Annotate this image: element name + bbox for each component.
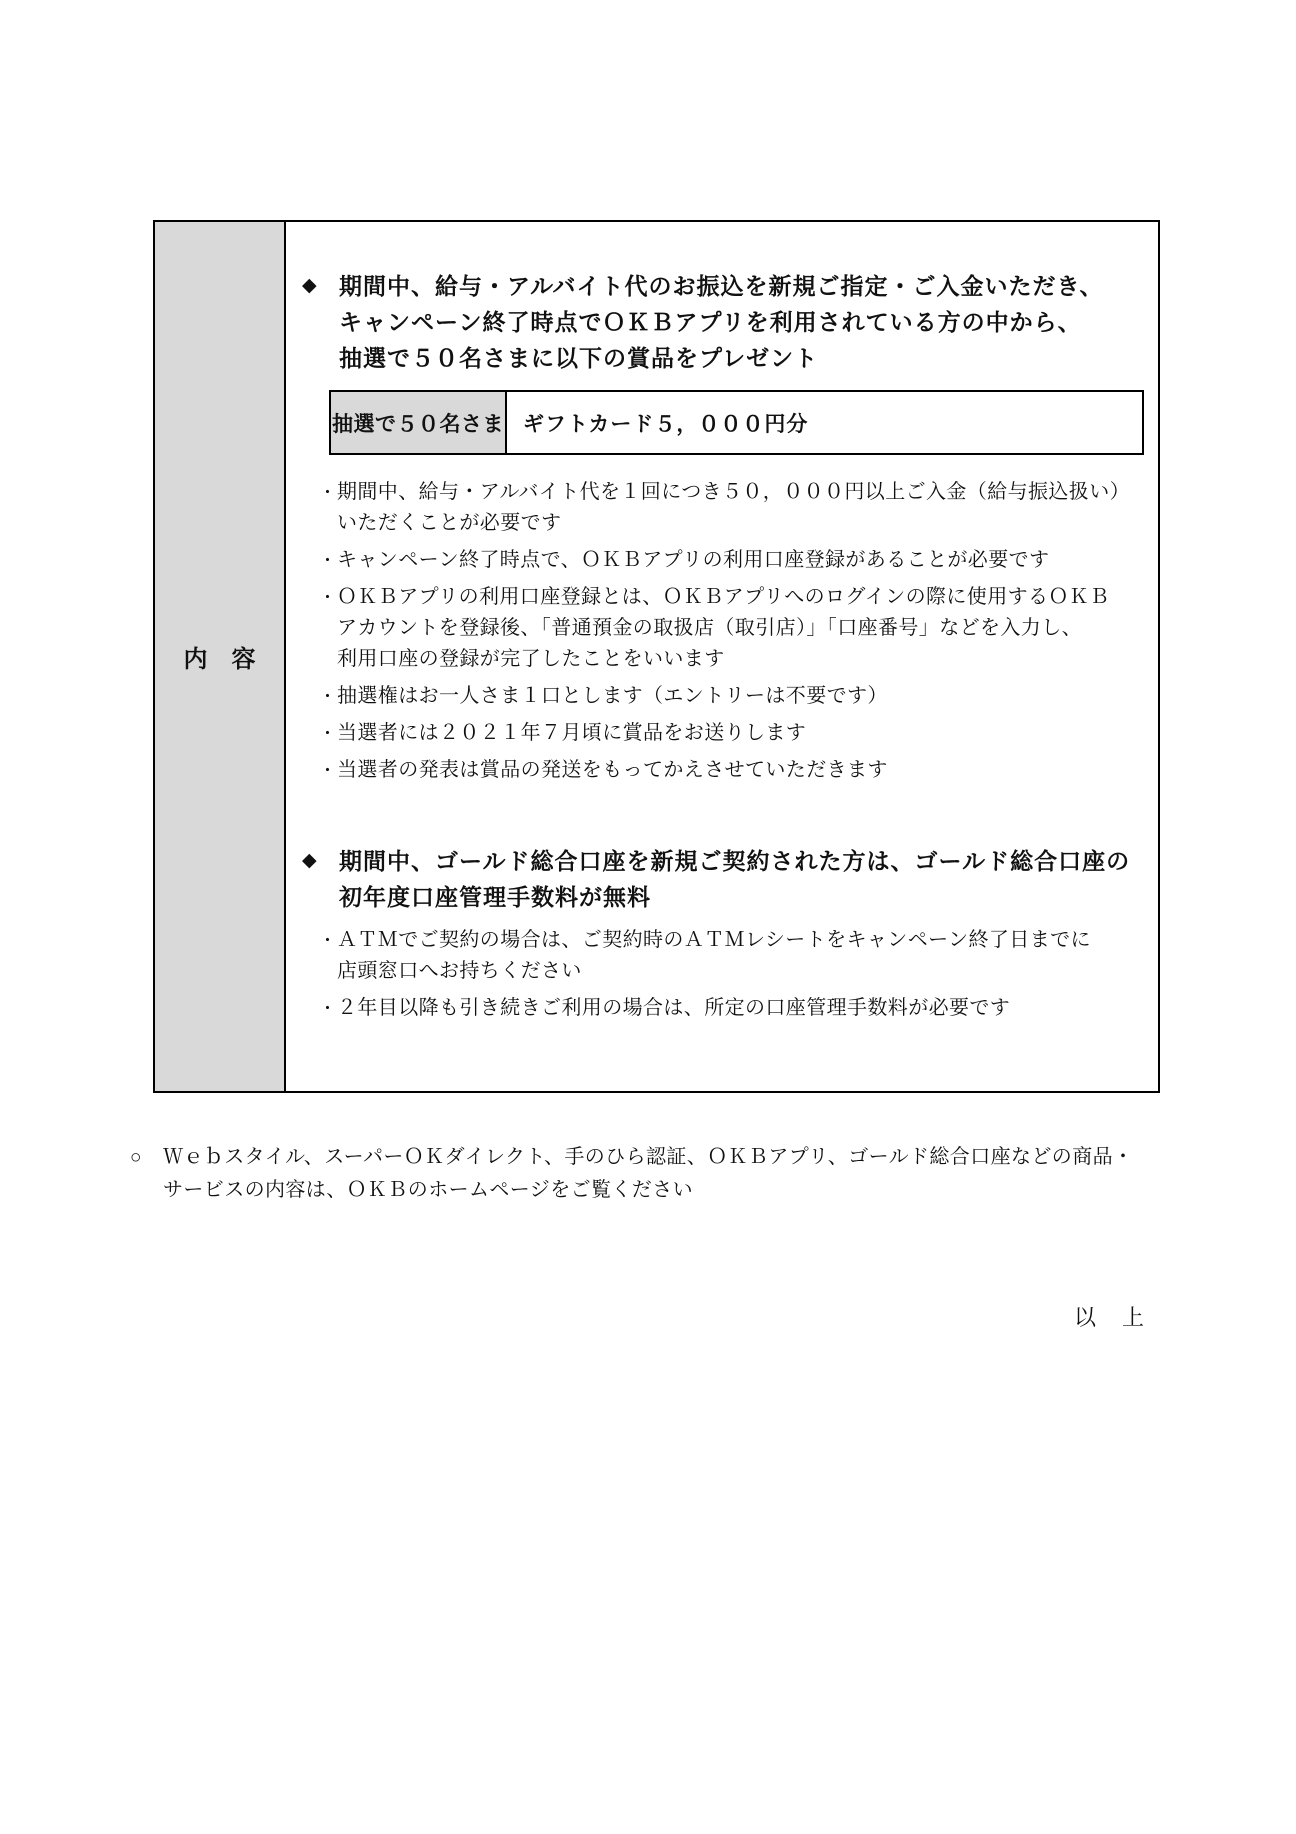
content-cell: ◆ 期間中、給与・アルバイト代のお振込を新規ご指定・ご入金いただき、キャンペーン…: [286, 222, 1158, 1091]
dot-bullet-icon: ・: [319, 755, 337, 786]
section-1-heading: ◆ 期間中、給与・アルバイト代のお振込を新規ご指定・ご入金いただき、キャンペーン…: [302, 268, 1158, 376]
note-item: ・当選者の発表は賞品の発送をもってかえさせていただきます: [319, 755, 1158, 786]
text-line: キャンペーン終了時点でＯＫＢアプリを利用されている方の中から、: [339, 304, 1104, 340]
gold-account-campaign-section: ◆ 期間中、ゴールド総合口座を新規ご契約された方は、ゴールド総合口座の初年度口座…: [286, 843, 1158, 1024]
note-text: キャンペーン終了時点で、ＯＫＢアプリの利用口座登録があることが必要です: [337, 545, 1158, 576]
text-line: 期間中、給与・アルバイト代を１回につき５０，０００円以上ご入金（給与振込扱い）: [337, 477, 1158, 508]
note-text: ＯＫＢアプリの利用口座登録とは、ＯＫＢアプリへのログインの際に使用するＯＫＢアカ…: [337, 582, 1158, 675]
text-line: 当選者には２０２１年７月頃に賞品をお送りします: [337, 718, 1158, 749]
text-line: ＯＫＢアプリの利用口座登録とは、ＯＫＢアプリへのログインの際に使用するＯＫＢ: [337, 582, 1158, 613]
section-2-heading-text: 期間中、ゴールド総合口座を新規ご契約された方は、ゴールド総合口座の初年度口座管理…: [339, 843, 1130, 915]
diamond-bullet-icon: ◆: [302, 268, 339, 376]
dot-bullet-icon: ・: [319, 681, 337, 712]
dot-bullet-icon: ・: [319, 477, 337, 539]
row-header-label: 内 容: [184, 639, 256, 674]
text-line: Ｗｅｂスタイル、スーパーＯＫダイレクト、手のひら認証、ＯＫＢアプリ、ゴールド総合…: [163, 1141, 1145, 1174]
text-line: 抽選権はお一人さま１口とします（エントリーは不要です）: [337, 681, 1158, 712]
text-line: 期間中、ゴールド総合口座を新規ご契約された方は、ゴールド総合口座の: [339, 843, 1130, 879]
prize-table: 抽選で５０名さま ギフトカード５，０００円分: [329, 390, 1144, 455]
text-line: 利用口座の登録が完了したことをいいます: [337, 644, 1158, 675]
text-line: ＡＴＭでご契約の場合は、ご契約時のＡＴＭレシートをキャンペーン終了日までに: [337, 925, 1158, 956]
note-item: ・ＯＫＢアプリの利用口座登録とは、ＯＫＢアプリへのログインの際に使用するＯＫＢア…: [319, 582, 1158, 675]
dot-bullet-icon: ・: [319, 993, 337, 1024]
content-table: 内 容 ◆ 期間中、給与・アルバイト代のお振込を新規ご指定・ご入金いただき、キャ…: [153, 220, 1160, 1093]
text-line: キャンペーン終了時点で、ＯＫＢアプリの利用口座登録があることが必要です: [337, 545, 1158, 576]
note-item: ・２年目以降も引き続きご利用の場合は、所定の口座管理手数料が必要です: [319, 993, 1158, 1024]
text-line: 初年度口座管理手数料が無料: [339, 879, 1130, 915]
diamond-bullet-icon: ◆: [302, 843, 339, 915]
prize-winners-cell: 抽選で５０名さま: [331, 392, 507, 453]
note-text: 抽選権はお一人さま１口とします（エントリーは不要です）: [337, 681, 1158, 712]
section-1-heading-text: 期間中、給与・アルバイト代のお振込を新規ご指定・ご入金いただき、キャンペーン終了…: [339, 268, 1104, 376]
text-line: 店頭窓口へお持ちください: [337, 956, 1158, 987]
section-1-notes: ・期間中、給与・アルバイト代を１回につき５０，０００円以上ご入金（給与振込扱い）…: [319, 477, 1158, 786]
note-item: ・抽選権はお一人さま１口とします（エントリーは不要です）: [319, 681, 1158, 712]
dot-bullet-icon: ・: [319, 925, 337, 987]
note-text: ＡＴＭでご契約の場合は、ご契約時のＡＴＭレシートをキャンペーン終了日までに店頭窓…: [337, 925, 1158, 987]
section-2-heading: ◆ 期間中、ゴールド総合口座を新規ご契約された方は、ゴールド総合口座の初年度口座…: [302, 843, 1158, 915]
dot-bullet-icon: ・: [319, 582, 337, 675]
text-line: ２年目以降も引き続きご利用の場合は、所定の口座管理手数料が必要です: [337, 993, 1158, 1024]
note-item: ・ＡＴＭでご契約の場合は、ご契約時のＡＴＭレシートをキャンペーン終了日までに店頭…: [319, 925, 1158, 987]
text-line: 期間中、給与・アルバイト代のお振込を新規ご指定・ご入金いただき、: [339, 268, 1104, 304]
note-item: ・当選者には２０２１年７月頃に賞品をお送りします: [319, 718, 1158, 749]
text-line: 抽選で５０名さまに以下の賞品をプレゼント: [339, 340, 1104, 376]
text-line: アカウントを登録後、「普通預金の取扱店（取引店）」「口座番号」などを入力し、: [337, 613, 1158, 644]
text-line: サービスの内容は、ＯＫＢのホームページをご覧ください: [163, 1174, 1145, 1207]
note-text: 当選者の発表は賞品の発送をもってかえさせていただきます: [337, 755, 1158, 786]
circle-bullet-icon: ○: [130, 1141, 163, 1207]
closing-text: 以 上: [1074, 1301, 1146, 1332]
text-line: 当選者の発表は賞品の発送をもってかえさせていただきます: [337, 755, 1158, 786]
cash-transfer-campaign-section: ◆ 期間中、給与・アルバイト代のお振込を新規ご指定・ご入金いただき、キャンペーン…: [286, 268, 1158, 786]
footer-note-text: Ｗｅｂスタイル、スーパーＯＫダイレクト、手のひら認証、ＯＫＢアプリ、ゴールド総合…: [163, 1141, 1145, 1207]
note-item: ・キャンペーン終了時点で、ＯＫＢアプリの利用口座登録があることが必要です: [319, 545, 1158, 576]
prize-item-cell: ギフトカード５，０００円分: [507, 392, 1142, 453]
note-item: ・期間中、給与・アルバイト代を１回につき５０，０００円以上ご入金（給与振込扱い）…: [319, 477, 1158, 539]
note-text: ２年目以降も引き続きご利用の場合は、所定の口座管理手数料が必要です: [337, 993, 1158, 1024]
dot-bullet-icon: ・: [319, 545, 337, 576]
dot-bullet-icon: ・: [319, 718, 337, 749]
row-header-cell: 内 容: [155, 222, 286, 1091]
note-text: 当選者には２０２１年７月頃に賞品をお送りします: [337, 718, 1158, 749]
footer-note: ○ Ｗｅｂスタイル、スーパーＯＫダイレクト、手のひら認証、ＯＫＢアプリ、ゴールド…: [130, 1141, 1145, 1207]
note-text: 期間中、給与・アルバイト代を１回につき５０，０００円以上ご入金（給与振込扱い）い…: [337, 477, 1158, 539]
section-2-notes: ・ＡＴＭでご契約の場合は、ご契約時のＡＴＭレシートをキャンペーン終了日までに店頭…: [319, 925, 1158, 1024]
text-line: いただくことが必要です: [337, 508, 1158, 539]
